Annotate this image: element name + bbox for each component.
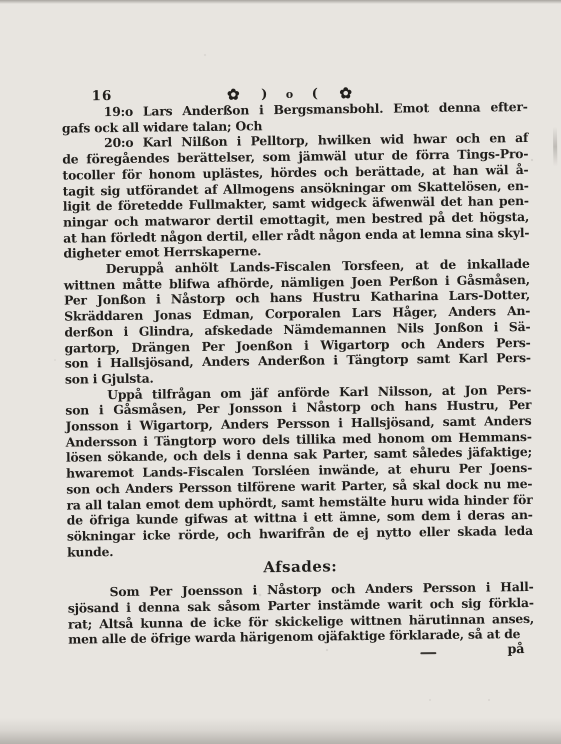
paragraph-jav: Uppå tilfrågan om jäf anförde Karl Nilss…: [65, 382, 533, 560]
body-text: 19:o Lars Anderßon i Bergsmansbohl. Emot…: [62, 99, 535, 663]
ornament-close-paren: (: [312, 87, 318, 102]
ornament-open-paren: ): [261, 87, 267, 102]
rosette-icon: ✿: [227, 85, 240, 103]
ornament-circle: o: [286, 88, 294, 101]
rosette-icon: ✿: [339, 84, 352, 102]
paragraph-20: 20:o Karl Nilßon i Pelltorp, hwilken wid…: [62, 130, 530, 261]
section-heading: Afsades:: [67, 557, 533, 578]
catchword: på: [507, 642, 524, 657]
paragraph-witnesses: Deruppå anhölt Lands-Fiscalen Torsfeen, …: [64, 256, 531, 387]
ink-dash-mark: [420, 652, 436, 654]
scanned-page: 16 ✿ ) o ( ✿ 19:o Lars Anderßon i Bergsm…: [0, 0, 561, 744]
text-line: sökningar icke rörde, och hwarifrån de e…: [67, 523, 533, 560]
paragraph-ruling: Som Per Joensson i Nåstorp och Anders Pe…: [67, 579, 534, 648]
page-sheet: 16 ✿ ) o ( ✿ 19:o Lars Anderßon i Bergsm…: [0, 0, 561, 744]
scan-smudge: [553, 127, 557, 167]
